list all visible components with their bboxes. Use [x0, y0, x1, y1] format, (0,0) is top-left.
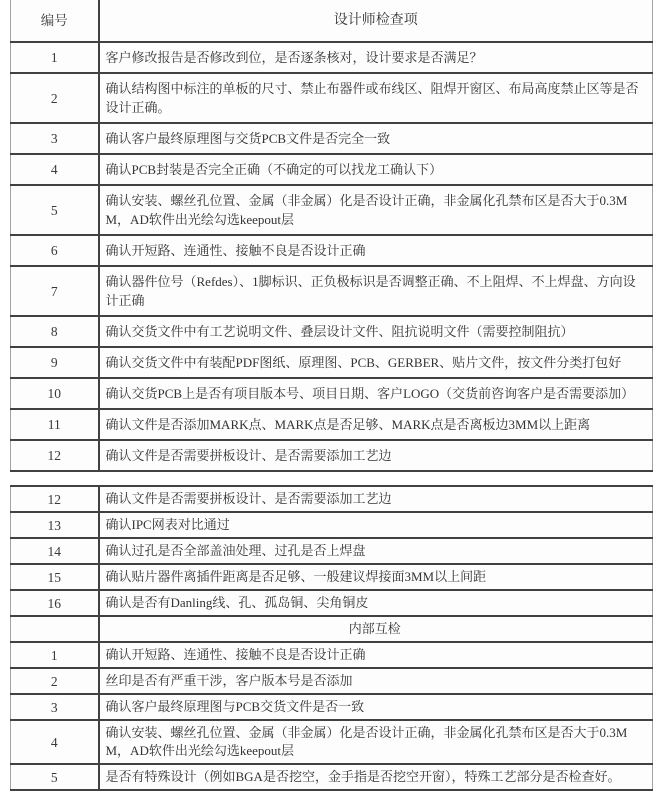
check-item-text: 确认过孔是否全部盖油处理、过孔是否上焊盘: [99, 538, 653, 564]
check-item-text: 确认PCB封装是否完全正确（不确定的可以找龙工确认下）: [99, 154, 653, 185]
checklist-row: 12确认文件是否需要拼板设计、是否需要添加工艺边: [11, 486, 653, 512]
check-item-text: 确认交货文件中有装配PDF图纸、原理图、PCB、GERBER、贴片文件，按文件分…: [99, 347, 653, 378]
check-item-text: 客户修改报告是否修改到位，是否逐条核对，设计要求是否满足？: [99, 42, 653, 73]
checklist-row: 14确认过孔是否全部盖油处理、过孔是否上焊盘: [11, 538, 653, 564]
row-number-cell: 2: [11, 668, 99, 694]
row-number-cell: 12: [11, 440, 99, 471]
check-item-text: 确认文件是否添加MARK点、MARK点是否足够、MARK点是否离板边3MM以上距…: [99, 409, 653, 440]
section-title: 内部互检: [99, 616, 653, 642]
row-number-cell: 6: [11, 235, 99, 266]
check-item-text: 确认客户最终原理图与交货PCB文件是否完全一致: [99, 123, 653, 154]
row-number-cell: 12: [11, 486, 99, 512]
check-item-text: 确认安装、螺丝孔位置、金属（非金属）化是否设计正确，非金属化孔禁布区是否大于0.…: [99, 720, 653, 764]
check-item-text: 确认开短路、连通性、接触不良是否设计正确: [99, 642, 653, 668]
row-number-cell: 2: [11, 73, 99, 123]
checklist-row: 11确认文件是否添加MARK点、MARK点是否足够、MARK点是否离板边3MM以…: [11, 409, 653, 440]
row-number-cell: 5: [11, 185, 99, 235]
check-item-text: 丝印是否有严重干涉，客户版本号是否添加: [99, 668, 653, 694]
row-number-cell: 15: [11, 564, 99, 590]
checklist-row: 4确认PCB封装是否完全正确（不确定的可以找龙工确认下）: [11, 154, 653, 185]
row-number-cell: 9: [11, 347, 99, 378]
row-number-cell: 3: [11, 694, 99, 720]
row-number-cell: 1: [11, 42, 99, 73]
row-number-cell: 4: [11, 154, 99, 185]
checklist-row: 3确认客户最终原理图与PCB交货文件是否一致: [11, 694, 653, 720]
checklist-row: 3确认客户最终原理图与交货PCB文件是否完全一致: [11, 123, 653, 154]
check-item-text: 确认交货PCB上是否有项目版本号、项目日期、客户LOGO（交货前咨询客户是否需要…: [99, 378, 653, 409]
checklist-row: 7确认器件位号（Refdes）、1脚标识、正负极标识是否调整正确、不上阻焊、不上…: [11, 266, 653, 316]
checklist-row: 5是否有特殊设计（例如BGA是否挖空，金手指是否挖空开窗），特殊工艺部分是否检查…: [11, 764, 653, 790]
checklist-row: 2丝印是否有严重干涉，客户版本号是否添加: [11, 668, 653, 694]
check-item-text: 确认文件是否需要拼板设计、是否需要添加工艺边: [99, 486, 653, 512]
row-number-cell: 4: [11, 720, 99, 764]
check-item-text: 是否有特殊设计（例如BGA是否挖空，金手指是否挖空开窗），特殊工艺部分是否检查好…: [99, 764, 653, 790]
check-item-text: 确认安装、螺丝孔位置、金属（非金属）化是否设计正确，非金属化孔禁布区是否大于0.…: [99, 185, 653, 235]
checklist-row: 8确认交货文件中有工艺说明文件、叠层设计文件、阻抗说明文件（需要控制阻抗）: [11, 316, 653, 347]
check-item-text: 确认是否有Danling线、孔、孤岛铜、尖角铜皮: [99, 590, 653, 616]
section-divider-row: 内部互检: [11, 616, 653, 642]
checklist-row: 4确认安装、螺丝孔位置、金属（非金属）化是否设计正确，非金属化孔禁布区是否大于0…: [11, 720, 653, 764]
checklist-row: 15确认贴片器件离插件距离是否足够、一般建议焊接面3MM以上间距: [11, 564, 653, 590]
column-header-number: 编号: [11, 0, 99, 42]
row-number-cell: 7: [11, 266, 99, 316]
row-number-cell: 1: [11, 642, 99, 668]
row-number-cell: 14: [11, 538, 99, 564]
designer-checklist-table: 编号 设计师检查项 1客户修改报告是否修改到位，是否逐条核对，设计要求是否满足？…: [10, 0, 653, 472]
checklist-row: 12确认文件是否需要拼板设计、是否需要添加工艺边: [11, 440, 653, 471]
check-item-text: 确认IPC网表对比通过: [99, 512, 653, 538]
checklist-row: 1客户修改报告是否修改到位，是否逐条核对，设计要求是否满足？: [11, 42, 653, 73]
row-number-cell: 13: [11, 512, 99, 538]
check-item-text: 确认开短路、连通性、接触不良是否设计正确: [99, 235, 653, 266]
header-row: 编号 设计师检查项: [11, 0, 653, 42]
checklist-row: 9确认交货文件中有装配PDF图纸、原理图、PCB、GERBER、贴片文件，按文件…: [11, 347, 653, 378]
checklist-row: 5确认安装、螺丝孔位置、金属（非金属）化是否设计正确，非金属化孔禁布区是否大于0…: [11, 185, 653, 235]
row-number-cell: 3: [11, 123, 99, 154]
row-number-cell: 10: [11, 378, 99, 409]
checklist-row: 16确认是否有Danling线、孔、孤岛铜、尖角铜皮: [11, 590, 653, 616]
column-header-check-item: 设计师检查项: [99, 0, 653, 42]
check-item-text: 确认文件是否需要拼板设计、是否需要添加工艺边: [99, 440, 653, 471]
check-item-text: 确认器件位号（Refdes）、1脚标识、正负极标识是否调整正确、不上阻焊、不上焊…: [99, 266, 653, 316]
row-number-cell: 16: [11, 590, 99, 616]
checklist-row: 2确认结构图中标注的单板的尺寸、禁止布器件或布线区、阻焊开窗区、布局高度禁止区等…: [11, 73, 653, 123]
checklist-row: 6确认开短路、连通性、接触不良是否设计正确: [11, 235, 653, 266]
checklist-continuation-table: 12确认文件是否需要拼板设计、是否需要添加工艺边13确认IPC网表对比通过14确…: [10, 485, 653, 791]
checklist-row: 13确认IPC网表对比通过: [11, 512, 653, 538]
check-item-text: 确认贴片器件离插件距离是否足够、一般建议焊接面3MM以上间距: [99, 564, 653, 590]
row-number-cell: 5: [11, 764, 99, 790]
check-item-text: 确认交货文件中有工艺说明文件、叠层设计文件、阻抗说明文件（需要控制阻抗）: [99, 316, 653, 347]
check-item-text: 确认客户最终原理图与PCB交货文件是否一致: [99, 694, 653, 720]
row-number-cell: 11: [11, 409, 99, 440]
checklist-row: 1确认开短路、连通性、接触不良是否设计正确: [11, 642, 653, 668]
check-item-text: 确认结构图中标注的单板的尺寸、禁止布器件或布线区、阻焊开窗区、布局高度禁止区等是…: [99, 73, 653, 123]
row-number-cell: [11, 616, 99, 642]
checklist-row: 10确认交货PCB上是否有项目版本号、项目日期、客户LOGO（交货前咨询客户是否…: [11, 378, 653, 409]
designer-checklist-document: 编号 设计师检查项 1客户修改报告是否修改到位，是否逐条核对，设计要求是否满足？…: [0, 0, 665, 797]
row-number-cell: 8: [11, 316, 99, 347]
